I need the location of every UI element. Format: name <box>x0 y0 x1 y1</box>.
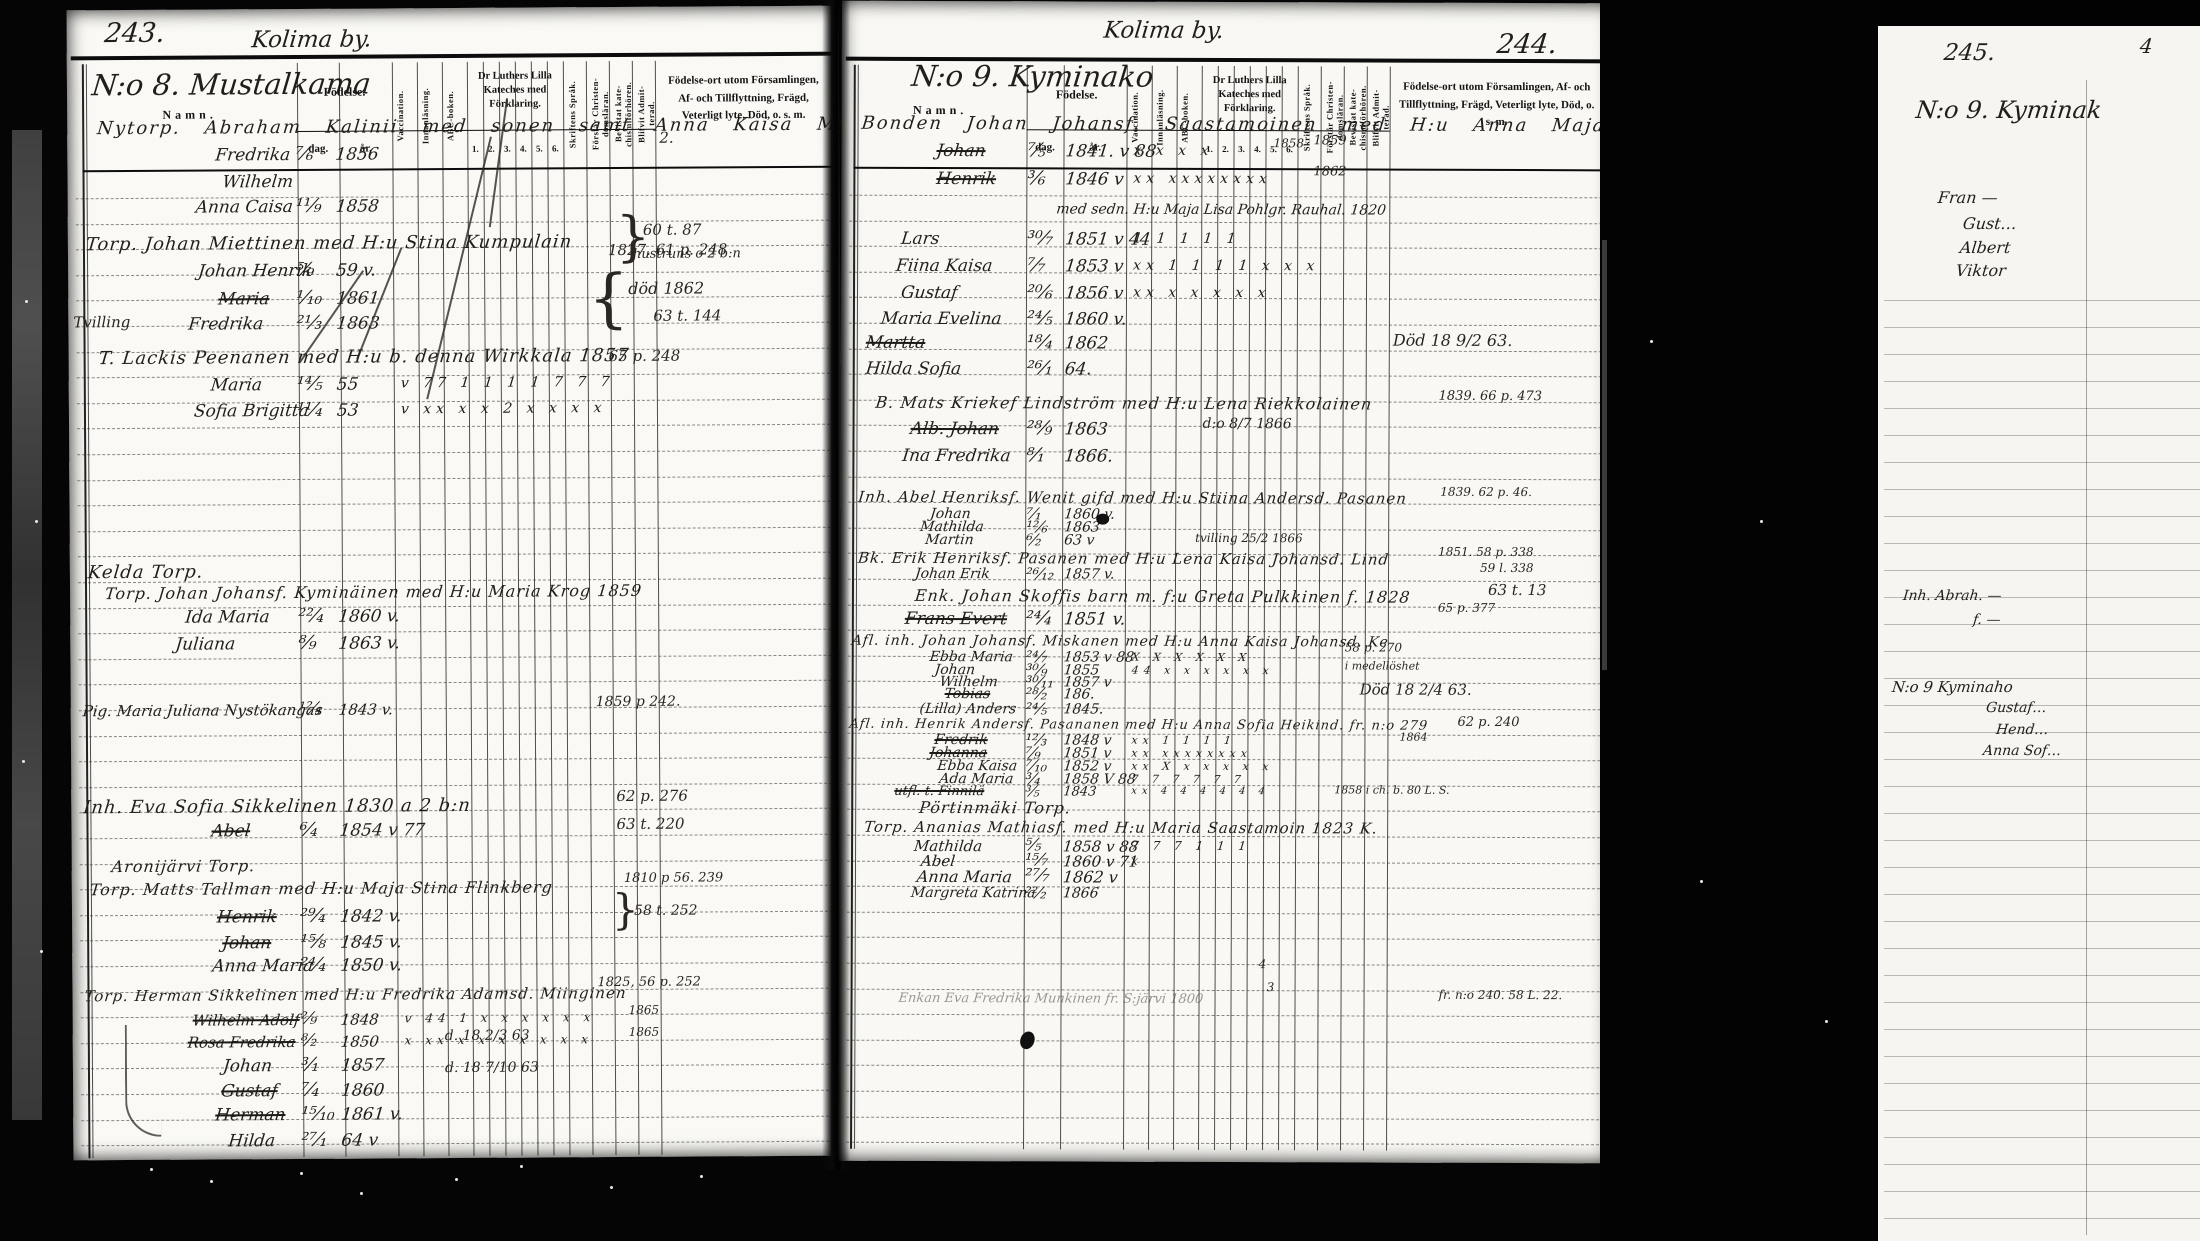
household-header: Bonden Johan Johansf. Saastamoinen med H… <box>860 113 1684 137</box>
birth-year: 1860 v. <box>337 606 401 626</box>
row-guide-line <box>1884 813 2200 814</box>
handwriting-fragment: Viktor <box>1955 261 2007 280</box>
row-guide-line <box>847 937 1605 941</box>
birth-year: 1866 <box>1062 885 1099 901</box>
household-header: Inh. Eva Sofia Sikkelinen 1830 a 2 b:n <box>82 795 472 818</box>
handwriting-fragment: Inh. Abrah. — <box>1902 588 2002 604</box>
margin-note: 1810 p 56. 239 <box>624 870 723 886</box>
margin-note: Död 18 2/4 63. <box>1360 680 1472 698</box>
row-guide-line <box>1884 867 2200 868</box>
dust-speck <box>25 300 28 303</box>
row-guide-line <box>1884 1002 2200 1003</box>
household-header: Torp. Matts Tallman med H:u Maja Stina F… <box>89 877 554 899</box>
birth-year: 1848 <box>340 1010 380 1028</box>
katekes-marks: xx 1 1 1 1 x x x <box>1132 258 1320 275</box>
record-row: Sofia Brigitta¹¹⁄₄53v xx x x 2 x x x x <box>69 398 841 427</box>
birth-day: ³⁄₆ <box>1026 167 1047 189</box>
person-name: Anna Maria <box>916 867 1013 886</box>
birth-year: 63 v <box>1063 532 1095 548</box>
row-guide-line <box>1884 435 2200 436</box>
margin-note: 1839. 66 p. 473 <box>1439 389 1542 404</box>
row-guide-line <box>1884 1218 2200 1219</box>
margin-note: d. 18 7/10 63 <box>445 1060 539 1077</box>
row-guide-line <box>1884 516 2200 517</box>
row-guide-line <box>846 1116 1604 1120</box>
margin-note: 62 p. 240 <box>1457 715 1519 730</box>
page-number-next: 245. <box>1943 40 1997 66</box>
record-row: Pig. Maria Juliana Nystökangas¹²⁄₄1843 v… <box>71 698 843 727</box>
birth-day: ²²⁄₄ <box>297 605 325 627</box>
record-row: Ina Fredrika⁸⁄₁1866. <box>840 446 1612 473</box>
row-guide-line <box>1884 1137 2200 1138</box>
birth-year: 1856 <box>334 144 379 164</box>
birth-day: ³⁄₁ <box>300 1054 321 1076</box>
handwriting-fragment: N:o 9 Kyminaho <box>1891 678 2014 696</box>
birth-year: 1850 v. <box>339 955 403 975</box>
margin-note: Död 18 9/2 63. <box>1393 331 1513 350</box>
margin-note: 1864 <box>1399 731 1427 744</box>
person-name: Alb. Johan <box>909 419 1000 439</box>
margin-note: 1865 <box>629 1025 660 1039</box>
birth-year: 53 <box>336 401 360 421</box>
person-name: med sedn. H:u Maja Lisa Pohlgr. Rauhal. … <box>1055 201 1386 218</box>
person-name: Anna Caisa <box>195 197 294 218</box>
ink-brace: } <box>612 889 639 931</box>
birth-year: 1861 v. <box>340 1104 404 1124</box>
margin-note: 63 t. 144 <box>653 306 721 324</box>
household-header: B. Mats Kriekef Lindström med H:u Lena R… <box>875 393 1374 414</box>
dust-speck <box>700 1175 703 1178</box>
page-number-right: 244. <box>1495 29 1558 60</box>
birth-day: ⁷⁄₄ <box>300 1079 321 1101</box>
handwriting-fragment: Fran — <box>1937 188 1999 207</box>
record-row: Henrik³⁄₆1846 vxx xxxxxxxx <box>841 169 1613 196</box>
dust-speck <box>150 1168 153 1171</box>
katekes-marks: 7 7 7 1 1 1 <box>1130 839 1251 853</box>
margin-note: 1859 <box>1314 133 1347 148</box>
scan-edge-streak <box>12 130 42 1120</box>
row-guide-line <box>79 731 837 737</box>
row-guide-line <box>78 501 836 507</box>
household-header: Torp. Johan Miettinen med H:u Stina Kump… <box>85 231 573 255</box>
margin-note: 65 p. 248 <box>609 347 681 365</box>
person-name: Pig. Maria Juliana Nystökangas <box>82 701 324 720</box>
person-name: Ida Maria <box>184 607 270 628</box>
margin-note: 65 p. 377 <box>1438 601 1495 615</box>
person-name: Johan <box>935 141 986 161</box>
birth-year: 1862 v <box>1062 867 1119 886</box>
handwriting-fragment: Albert <box>1959 238 2011 257</box>
record-row: Hilda Sofia²⁶⁄₁64. <box>841 359 1613 386</box>
birth-day: ²⁶⁄₁ <box>1026 357 1054 379</box>
katekes-marks: xx 4 4 4 4 4 4 <box>1131 786 1271 797</box>
birth-year: 1846 v <box>1064 169 1124 189</box>
margin-note: 63 t. 220 <box>616 815 684 833</box>
person-name: Abel <box>211 821 252 841</box>
row-guide-line <box>1884 1191 2200 1192</box>
left-page-243: 243. Kolima by. N:o 8. Mustalkama Namn.F… <box>66 6 845 1161</box>
margin-note: tvilling 25/2 1866 <box>1195 531 1303 545</box>
katekes-marks: xx x x x x x <box>1132 285 1271 301</box>
katekes-marks: 1 1 1 1 1 <box>1132 231 1241 247</box>
person-name: Wilhelm Adolf <box>192 1011 301 1030</box>
birth-year: 1858 <box>335 196 380 216</box>
birth-day: ²²⁄₂ <box>1024 883 1048 902</box>
person-name: Johan Erik <box>914 566 990 582</box>
birth-day: ²⁰⁄₆ <box>1026 281 1054 303</box>
margin-note: 1839. 62 p. 46. <box>1440 485 1532 499</box>
record-row: Frans Evert²⁴⁄₄1851 v. <box>840 609 1612 636</box>
birth-year: 1851 v. <box>1063 609 1127 629</box>
birth-year: 1845 v. <box>339 932 403 952</box>
margin-note: 4 <box>1259 957 1267 971</box>
row-guide-line <box>1884 462 2200 463</box>
record-row: Wilhelm <box>67 169 839 198</box>
dust-speck <box>35 520 38 523</box>
ink-blot <box>1018 1029 1037 1051</box>
row-guide-line <box>1884 381 2200 382</box>
person-name: Frans Evert <box>904 609 1008 629</box>
household-header: Nytorp. Abraham Kalinii med sonen samt A… <box>96 113 925 139</box>
row-guide-line <box>846 1091 1604 1095</box>
birth-day: ⁸⁄₁ <box>1025 444 1046 466</box>
person-name: Hilda Sofia <box>865 359 963 379</box>
person-name: Juliana <box>174 634 236 654</box>
person-name: Maria Evelina <box>880 309 1003 329</box>
record-row: Herman¹⁵⁄₁₀1861 v. <box>73 1102 845 1131</box>
birth-year: 1863 <box>1063 419 1108 439</box>
record-row: Bonden Johan Johansf. Saastamoinen med H… <box>842 113 1614 140</box>
person-name: Henrik <box>935 169 997 189</box>
birth-year: 1843 v. <box>338 700 394 718</box>
birth-year: 1862 <box>1064 333 1109 353</box>
birth-day: ²⁴⁄₅ <box>1026 307 1054 329</box>
margin-note: död 1862 <box>628 278 704 297</box>
row-guide-line <box>79 782 837 788</box>
birth-year: 1842 v. <box>339 906 403 926</box>
book-fold-shadow <box>822 0 850 1170</box>
row-guide-line <box>847 963 1605 967</box>
household-title-next: N:o 9. Kyminak <box>1915 96 2103 124</box>
birth-year: 1850 <box>340 1032 380 1050</box>
margin-note: 2. <box>659 129 673 147</box>
row-guide-line <box>1884 543 2200 544</box>
row-guide-line <box>78 526 836 532</box>
row-guide-line <box>79 680 837 686</box>
record-row: Fredrika²¹⁄₃1863 <box>68 311 840 340</box>
dust-speck <box>210 1180 213 1183</box>
ink-brace: } <box>616 210 651 264</box>
margin-note: 58 t. 252 <box>634 903 698 919</box>
margin-note: 1865 <box>629 1003 660 1017</box>
margin-note: 1825, 56 p. 252 <box>597 975 701 991</box>
row-guide-line <box>79 757 837 763</box>
margin-note: 58 p. 270 <box>1345 640 1402 654</box>
birth-day: ²⁄₉ <box>300 1009 318 1029</box>
margin-note: 1851. 58 p. 338 <box>1438 545 1534 559</box>
record-row: med sedn. H:u Maja Lisa Pohlgr. Rauhal. … <box>841 201 1613 228</box>
row-guide-line <box>1884 1110 2200 1111</box>
village-title-right: Kolima by. <box>1103 18 1226 44</box>
margin-note: 62 p. 276 <box>616 787 688 805</box>
dust-speck <box>1760 520 1763 523</box>
birth-day: ³⁰⁄₇ <box>1026 227 1054 249</box>
row-guide-line <box>1884 1056 2200 1057</box>
row-guide-line <box>1884 759 2200 760</box>
dust-speck <box>520 1165 523 1168</box>
person-name: Johan <box>222 1056 273 1076</box>
record-row: Margreta Katrina²²⁄₂1866 <box>839 885 1611 912</box>
record-row: Nytorp. Abraham Kalinii med sonen samt A… <box>67 114 839 143</box>
dust-speck <box>360 1192 363 1195</box>
birth-day: ²⁴⁄₅ <box>1025 699 1049 718</box>
header-rule <box>71 52 835 61</box>
katekes-marks: x x x x <box>1133 143 1215 159</box>
row-guide-line <box>1884 894 2200 895</box>
household-header: Torp. Herman Sikkelinen med H:u Fredrika… <box>84 984 628 1005</box>
handwriting-fragment: Anna Sof… <box>1982 743 2062 759</box>
person-name: Herman <box>214 1105 286 1125</box>
handwriting-fragment: Gustaf… <box>1985 700 2047 716</box>
row-guide-line <box>1884 570 2200 571</box>
birth-day: ²⁸⁄₉ <box>1025 417 1053 439</box>
handwriting-fragment: Hend… <box>1995 722 2049 738</box>
margin-note: 60 t. 87 <box>643 220 702 238</box>
village-title-left: Kolima by. <box>250 26 373 53</box>
margin-note: Tvilling <box>73 313 130 331</box>
katekes-marks: x <box>1130 854 1143 868</box>
row-guide-line <box>1884 651 2200 652</box>
margin-note: fr. n:o 240. 58 L. 22. <box>1439 988 1563 1002</box>
dust-speck <box>610 1186 613 1189</box>
row-guide-line <box>1884 1083 2200 1084</box>
person-name: Gustaf <box>220 1081 278 1101</box>
katekes-title: Dr Luthers Lilla Kateches med Förklaring… <box>467 69 563 112</box>
row-guide-line <box>1884 327 2200 328</box>
person-name: Sofia Brigitta <box>193 401 310 422</box>
row-guide-line <box>1884 921 2200 922</box>
record-row: Maria¹⁴⁄₅55v 77 1 1 1 1 7 7 7 <box>69 372 841 401</box>
row-guide-line <box>849 195 1607 199</box>
person-name: Fiina Kaisa <box>895 256 993 276</box>
person-name: Gustaf <box>900 283 959 303</box>
record-row: T. Lackis Peenanen med H:u b. denna Wirk… <box>69 344 841 373</box>
dust-speck <box>455 1178 458 1181</box>
birth-day: ²⁴⁄₄ <box>299 954 327 976</box>
margin-note: 1858 <box>1274 136 1305 150</box>
person-name: utfl. t. Finnilä <box>893 784 985 799</box>
row-guide-line <box>1884 408 2200 409</box>
handwriting-fragment: Gust… <box>1962 214 2018 233</box>
row-guide-line <box>1884 489 2200 490</box>
record-row: Hilda²⁷⁄₁64 v <box>73 1128 845 1157</box>
record-row: Torp. Matts Tallman med H:u Maja Stina F… <box>72 876 844 905</box>
katekes-title: Dr Luthers Lilla Kateches med Förklaring… <box>1202 74 1298 117</box>
dust-speck <box>22 760 25 763</box>
birth-year: 1860 <box>340 1080 385 1100</box>
row-guide-line <box>847 911 1605 915</box>
record-row: Henrik²⁹⁄₄1842 v. <box>72 904 844 933</box>
person-name: Maria <box>217 289 270 309</box>
right-page-244: Kolima by. 244. N:o 9. Kyminako Namn.Föd… <box>838 1 1614 1164</box>
household-header: Inh. Abel Henriksf. Wenit gifd med H:u S… <box>857 488 1408 508</box>
row-guide-line <box>78 552 836 558</box>
birth-day: ²⁹⁄₄ <box>299 905 327 927</box>
household-header: Torp. Johan Johansf. Kyminäinen med H:u … <box>104 581 643 603</box>
birth-day: ⁶⁄₂ <box>1025 530 1043 549</box>
dust-speck <box>300 1172 303 1175</box>
dust-speck <box>1825 1020 1828 1023</box>
record-row: Gustaf²⁰⁄₆1856 vxx x x x x x <box>841 283 1613 310</box>
household-header: Pörtinmäki Torp. <box>918 798 1072 818</box>
birth-day: ⁷⁄₆ <box>294 143 315 165</box>
birth-day: ⁸⁄₂ <box>300 1031 318 1051</box>
person-name: Rosa Fredrika <box>187 1033 297 1052</box>
scanner-background <box>1600 0 1880 1241</box>
fodelse-label: Födelse. <box>297 84 392 100</box>
person-name: Hilda <box>227 1131 276 1151</box>
row-guide-line <box>77 450 835 456</box>
birth-year: 1853 v <box>1064 256 1124 276</box>
fodelse-label: Födelse. <box>1027 87 1127 102</box>
row-guide-line <box>1884 840 2200 841</box>
margin-note: 1859 p 242. <box>596 694 681 711</box>
birth-year: 55 <box>336 375 360 395</box>
birth-day: ⁶⁄₄ <box>298 819 319 841</box>
birth-day: ¹⁵⁄₈ <box>299 931 327 953</box>
birth-year: 64. <box>1064 359 1093 379</box>
person-name: Henrik <box>216 907 278 927</box>
katekes-marks: xx xxxxxxxx <box>1133 171 1273 187</box>
birth-day: ²⁴⁄₄ <box>1025 607 1053 629</box>
row-guide-line <box>1884 300 2200 301</box>
margin-note: d. 18 2/3 63 <box>445 1028 530 1045</box>
person-name: Fredrika <box>214 145 291 165</box>
person-name: Martta <box>865 333 927 353</box>
row-guide-line <box>1884 1029 2200 1030</box>
handwriting-fragment: 4 <box>2139 34 2154 58</box>
record-row: Anna Caisa¹¹⁄₉1858 <box>68 194 840 223</box>
dust-speck <box>1700 880 1703 883</box>
record-row: Juliana⁸⁄₉1863 v. <box>70 631 842 660</box>
margin-note: 63 t. 13 <box>1488 581 1547 599</box>
row-guide-line <box>1884 354 2200 355</box>
margin-note: d:o 8/7 1866 <box>1203 416 1292 432</box>
katekes-marks: v 44 1 x x x x x x <box>404 1010 596 1025</box>
dust-speck <box>1650 340 1653 343</box>
column-line <box>2086 80 2087 1235</box>
person-name: (Lilla) Anders <box>919 701 1017 717</box>
birth-day: ¹¹⁄₉ <box>295 195 323 217</box>
row-guide-line <box>77 475 835 481</box>
birth-day: ¹⁵⁄₁₀ <box>300 1103 336 1125</box>
record-row: Johan⁷⁄₅1841. v 88x x x x <box>841 141 1613 168</box>
katekes-marks: v xx x x 2 x x x x <box>400 400 607 417</box>
record-row: Ida Maria²²⁄₄1860 v. <box>70 604 842 633</box>
scanner-background-top <box>1878 0 2200 26</box>
row-guide-line <box>846 1142 1604 1146</box>
birth-year: 1866. <box>1063 446 1114 466</box>
margin-note: 1862 <box>1313 164 1346 179</box>
page-number-left: 243. <box>103 18 166 49</box>
person-name: Wilhelm <box>222 172 295 192</box>
birth-year: 1860 v. <box>1064 309 1128 329</box>
margin-note: 1858 i ch. b. 80 L. S. <box>1334 783 1449 796</box>
household-header: T. Lackis Peenanen med H:u b. denna Wirk… <box>98 345 631 369</box>
household-header: Aronijärvi Torp. <box>111 856 257 876</box>
birth-day: ¹¹⁄₄ <box>296 399 324 421</box>
birth-day: ²⁷⁄₁ <box>300 1129 328 1151</box>
birth-day: ¹⁸⁄₄ <box>1026 331 1054 353</box>
ink-curve <box>125 1025 162 1137</box>
row-guide-line <box>1884 786 2200 787</box>
birth-day: ¹⁄₁₀ <box>295 287 323 309</box>
household-header: Enk. Johan Skoffis barn m. f:u Greta Pul… <box>914 586 1412 607</box>
birth-year: 1857 <box>340 1055 385 1075</box>
household-header: Kelda Torp. <box>87 562 205 584</box>
margin-note: i medellöshet <box>1345 659 1420 672</box>
person-name: Tobias <box>944 686 991 702</box>
record-row: Lars³⁰⁄₇1851 v 441 1 1 1 1 <box>841 229 1613 256</box>
record-row: Anna Maria²⁴⁄₄1850 v. <box>72 953 844 982</box>
margin-note: 59 l. 338 <box>1480 561 1534 575</box>
record-row: Abel⁶⁄₄1854 v 77 <box>71 818 843 847</box>
row-guide-line <box>846 1039 1604 1043</box>
scanned-church-record-spread: 243. Kolima by. N:o 8. Mustalkama Namn.F… <box>0 0 2200 1241</box>
person-name: Martin <box>924 532 974 548</box>
birth-year: 1845. <box>1063 701 1105 717</box>
row-guide-line <box>848 476 1606 480</box>
row-guide-line <box>1884 624 2200 625</box>
birth-year: 186. <box>1063 686 1096 702</box>
birth-day: ¹⁴⁄₅ <box>296 373 324 395</box>
birth-day: ¹²⁄₄ <box>298 699 323 719</box>
dust-speck <box>40 950 43 953</box>
birth-year: 1863 v. <box>337 633 401 653</box>
row-guide-line <box>1884 948 2200 949</box>
person-name: Maria <box>210 375 263 395</box>
record-row: Inh. Eva Sofia Sikkelinen 1830 a 2 b:n <box>71 793 843 822</box>
row-guide-line <box>846 1065 1604 1069</box>
person-name: Lars <box>900 229 940 249</box>
birth-year: 64 v <box>340 1130 379 1150</box>
person-name: Margreta Katrina <box>910 885 1036 901</box>
person-name: Enkan Eva Fredrika Munkinen fr. S:järvi … <box>898 991 1204 1007</box>
birth-day: ⁵⁄₉ <box>295 259 316 281</box>
birth-day: ⁷⁄₇ <box>1026 254 1047 276</box>
person-name: Fredrika <box>187 314 264 334</box>
birth-year: 1854 v 77 <box>339 820 426 841</box>
handwriting-fragment: f. — <box>1972 612 2001 628</box>
ink-blot <box>1096 514 1109 525</box>
person-name: Ina Fredrika <box>901 446 1011 466</box>
birth-day: ⁸⁄₉ <box>297 632 318 654</box>
record-row: Fiina Kaisa⁷⁄₇1853 vxx 1 1 1 1 x x x <box>841 256 1613 283</box>
record-row: Fredrika⁷⁄₆1856 <box>67 142 839 171</box>
next-page-245-edge: 245. N:o 9. Kyminak 4Fran —Gust…AlbertVi… <box>1878 0 2200 1241</box>
household-header: Afl. inh. Johan Johansf. Miskanen med H:… <box>851 633 1390 651</box>
birth-year: 1856 v <box>1064 283 1124 303</box>
margin-note: 3 <box>1267 980 1275 994</box>
row-guide-line <box>1884 1164 2200 1165</box>
ink-brace: { <box>588 267 629 331</box>
household-header: Torp. Ananias Mathiasf. med H:u Maria Sa… <box>863 818 1379 838</box>
record-row: Torp. Herman Sikkelinen med H:u Fredrika… <box>72 983 844 1012</box>
page-edge-sliver <box>1602 240 1607 670</box>
birth-day: ⁷⁄₅ <box>1026 139 1047 161</box>
row-guide-line <box>1884 975 2200 976</box>
person-name: Johan <box>221 933 272 953</box>
